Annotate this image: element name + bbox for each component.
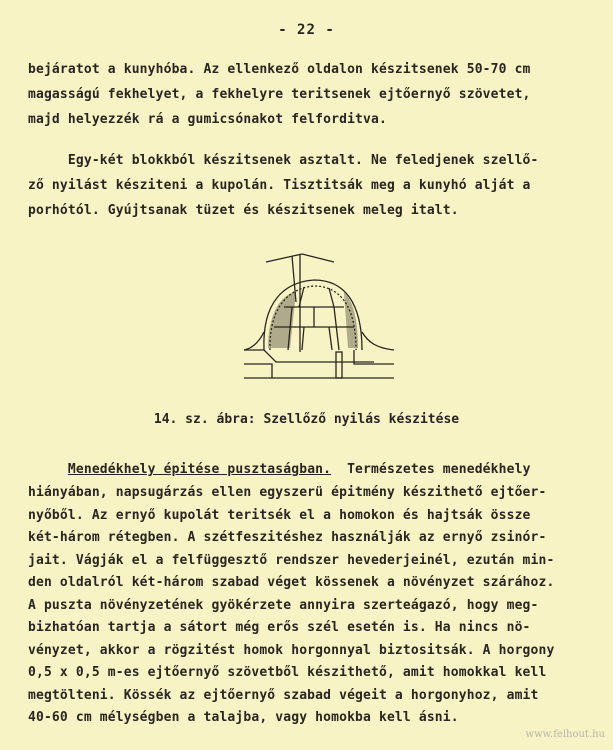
paragraph2-line: porhótól. Gyújtsanak tüzet és készitsene… [28,203,459,218]
section-line: nyőből. Az ernyő kupolát teritsék el a h… [28,508,531,523]
page-number: - 22 - [0,22,613,38]
section-line: A puszta növényzetének gyökérzete annyir… [28,598,539,613]
section-line: jait. Vágják el a felfüggesztő rendszer … [28,553,554,568]
section-first-line: Menedékhely épitése pusztaságban. Termés… [28,462,531,477]
section-line: den oldalról két-három szabad véget köss… [28,575,554,590]
paragraph1-line: majd helyezzék rá a gumicsónakot felford… [28,112,387,127]
section-line: vényzet, akkor a rögzitést homok horgonn… [28,643,554,658]
watermark: www.felhout.hu [526,729,605,740]
section-line: megtölteni. Kössék az ejtőernyő szabad v… [28,688,539,703]
figure-caption: 14. sz. ábra: Szellőző nyilás készitése [0,412,613,427]
section-line: bizhatóan tartja a sátort még erős szél … [28,620,531,635]
section-line: 40-60 cm mélységben a talajba, vagy homo… [28,710,459,725]
paragraph1-line: bejáratot a kunyhóba. Az ellenkező oldal… [28,62,531,77]
paragraph1-line: magasságú fekhelyet, a fekhelyre teritse… [28,87,531,102]
paragraph2-line: ző nyilást késziteni a kupolán. Tisztits… [28,178,531,193]
section-heading: Menedékhely épitése pusztaságban. [68,462,331,477]
igloo-ventilation-illustration-icon [244,252,394,382]
section-line: két-három rétegben. A szétfeszitéshez ha… [28,530,546,545]
paragraph2-line: Egy-két blokkból készitsenek asztalt. Ne… [28,153,539,168]
section-line: 0,5 x 0,5 m-es ejtőernyő szövetből készi… [28,665,546,680]
section-first-line-rest: Természetes menedékhely [331,462,530,477]
section-line: hiányában, napsugárzás ellen egyszerü ép… [28,485,546,500]
document-page: - 22 - bejáratot a kunyhóba. Az ellenkez… [0,0,613,750]
